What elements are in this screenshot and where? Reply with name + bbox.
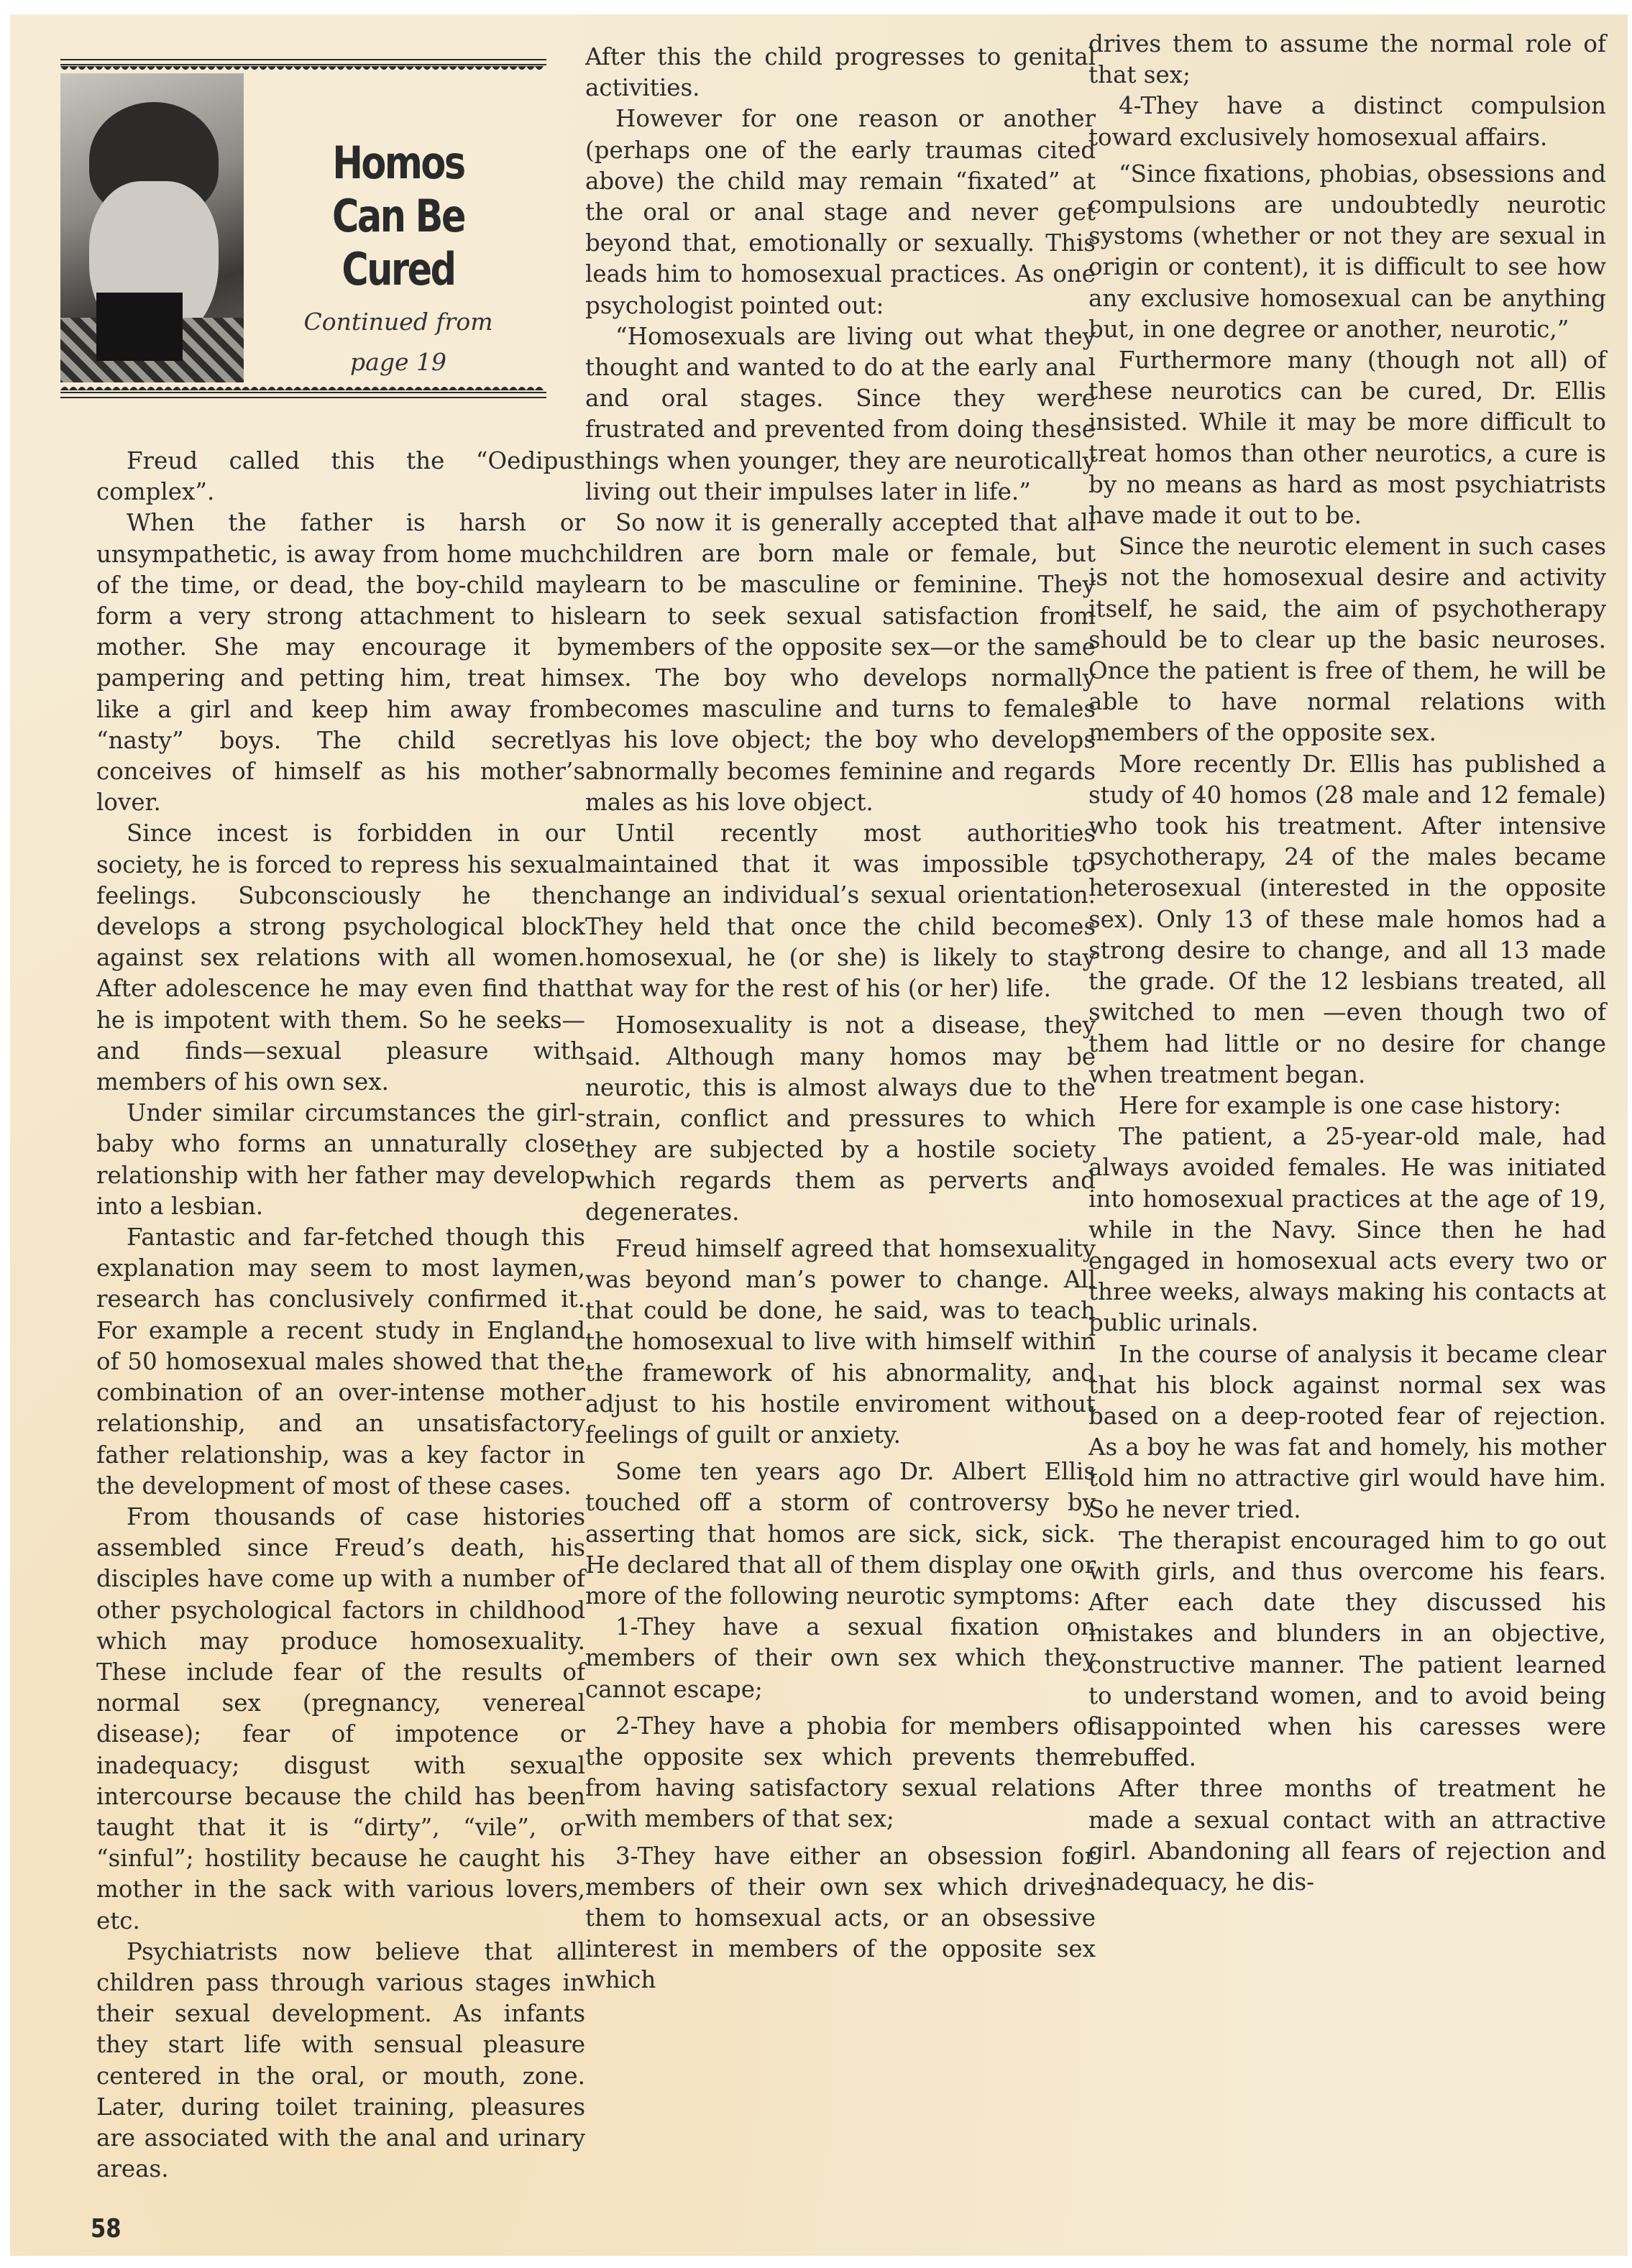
paragraph: Since the neurotic element in such cases…: [1088, 531, 1606, 748]
paragraph: drives them to assume the normal role of…: [1088, 29, 1606, 91]
paragraph: Furthermore many (though not all) of the…: [1088, 345, 1606, 531]
paragraph: The therapist encouraged him to go out w…: [1088, 1525, 1606, 1774]
list-item-symptom-1: 1-They have a sexual fixation on members…: [585, 1612, 1096, 1705]
text-column-1: Freud called this the “Oedipus complex”.…: [96, 446, 585, 2185]
paragraph: Since incest is forbidden in our society…: [96, 818, 585, 1098]
list-item-symptom-2: 2-They have a phobia for members of the …: [585, 1711, 1096, 1835]
paragraph: Under similar circumstances the girl-bab…: [96, 1098, 585, 1222]
list-item-symptom-3: 3-They have either an obsession for memb…: [585, 1841, 1096, 1996]
page-reference-line: page 19: [255, 342, 542, 382]
paragraph: More recently Dr. Ellis has published a …: [1088, 749, 1606, 1091]
title-line-2: Can Be: [286, 190, 510, 243]
paragraph: Fantastic and far-fetched though this ex…: [96, 1222, 585, 1502]
paragraph: Freud himself agreed that homsexuality w…: [585, 1234, 1096, 1451]
magazine-page: Homos Can Be Cured Continued from page 1…: [10, 14, 1628, 2256]
paragraph: In the course of analysis it became clea…: [1088, 1339, 1606, 1525]
paragraph: Until recently most authorities maintain…: [585, 818, 1096, 1004]
title-line-3: Cured: [286, 243, 510, 296]
paragraph: “Since fixations, phobias, obsessions an…: [1088, 159, 1606, 345]
paragraph: Here for example is one case history:: [1088, 1091, 1606, 1121]
text-column-2: After this the child progresses to genit…: [585, 42, 1096, 1996]
eye-censor-bar: [96, 293, 183, 361]
paragraph: Freud called this the “Oedipus complex”.: [96, 446, 585, 508]
paragraph: From thousands of case histories assembl…: [96, 1502, 585, 1937]
censored-portrait-photo: [60, 73, 244, 382]
paragraph: The patient, a 25-year-old male, had alw…: [1088, 1121, 1606, 1339]
paragraph: Homosexuality is not a disease, they sai…: [585, 1010, 1096, 1227]
article-header-box: Homos Can Be Cured Continued from page 1…: [60, 58, 546, 399]
paragraph: Psychiatrists now believe that all child…: [96, 1937, 585, 2185]
continued-from-line: Continued from: [255, 302, 542, 342]
list-item-symptom-4: 4-They have a distinct compulsion toward…: [1088, 91, 1606, 152]
paragraph: When the father is harsh or unsympatheti…: [96, 508, 585, 818]
article-title: Homos Can Be Cured: [286, 137, 510, 296]
scalloped-border-bottom: [60, 380, 546, 399]
paragraph: “Homosexuals are living out what they th…: [585, 321, 1096, 508]
paragraph: However for one reason or another (perha…: [585, 104, 1096, 321]
continued-from-note: Continued from page 19: [255, 302, 542, 382]
paragraph: After this the child progresses to genit…: [585, 42, 1096, 104]
page-number: 58: [91, 2214, 122, 2244]
paragraph: Some ten years ago Dr. Albert Ellis touc…: [585, 1456, 1096, 1612]
paragraph: So now it is generally accepted that all…: [585, 508, 1096, 818]
text-column-3: drives them to assume the normal role of…: [1088, 29, 1606, 1898]
paragraph: After three months of treatment he made …: [1088, 1773, 1606, 1898]
title-line-1: Homos: [286, 137, 510, 190]
